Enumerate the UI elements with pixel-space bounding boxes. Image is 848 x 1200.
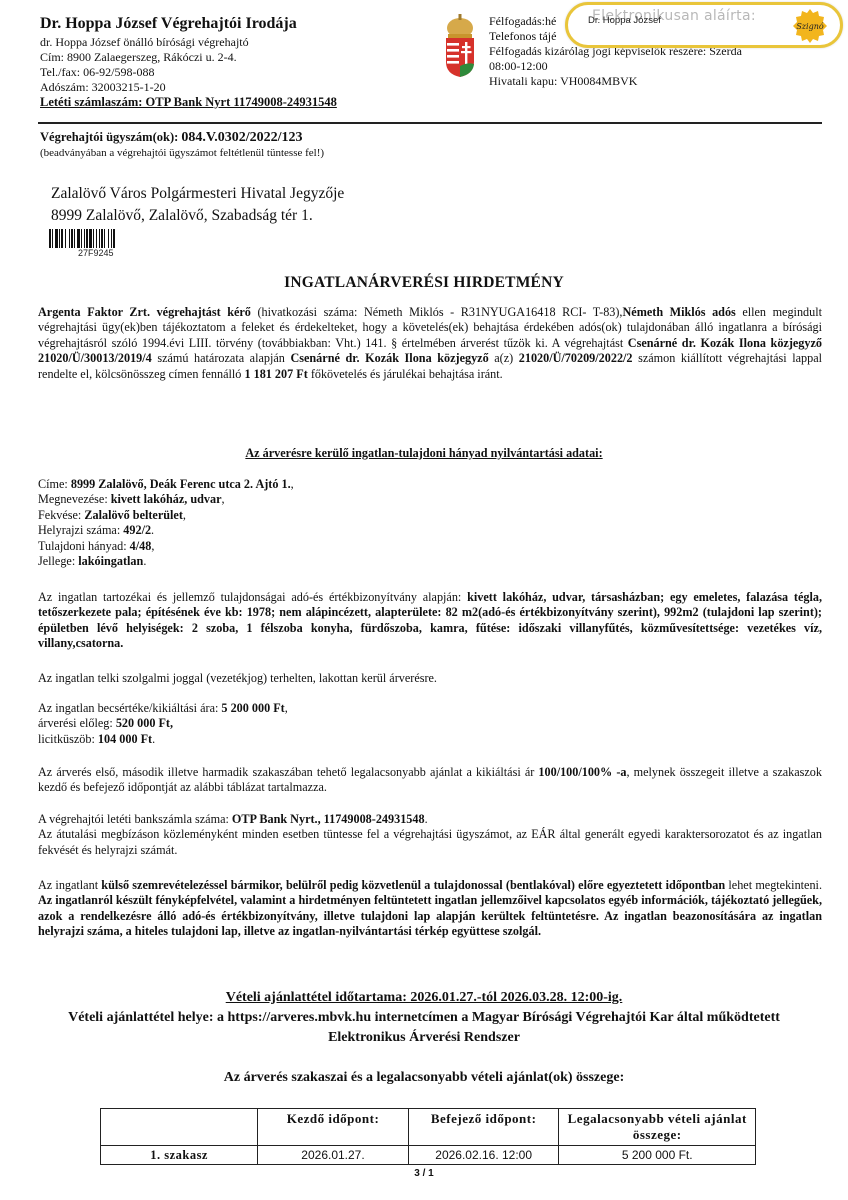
price-details: Az ingatlan becsértéke/kikiáltási ára: 5…	[38, 701, 822, 747]
document-title: INGATLANÁRVERÉSI HIRDETMÉNY	[0, 274, 848, 292]
header-divider	[38, 122, 822, 124]
stages-title: Az árverés szakaszai és a legalacsonyabb…	[0, 1070, 848, 1086]
page-indicator: 3 / 1	[0, 1168, 848, 1179]
property-field: Helyrajzi száma: 492/2.	[38, 523, 294, 538]
property-field: Tulajdoni hányad: 4/48,	[38, 539, 294, 554]
recipient-name: Zalalövő Város Polgármesteri Hivatal Jeg…	[51, 183, 344, 205]
table-header: Befejező időpont:	[408, 1109, 559, 1146]
viewing-paragraph: Az ingatlant külső szemrevételezéssel bá…	[38, 878, 822, 940]
enforcement-doc-number: 21020/Ü/70209/2022/2	[519, 351, 633, 365]
price-field: licitküszöb: 104 000 Ft.	[38, 732, 822, 747]
property-section-title: Az árverésre kerülő ingatlan-tulajdoni h…	[0, 446, 848, 461]
barcode-id: 27F9245	[78, 248, 114, 258]
price-field: árverési előleg: 520 000 Ft,	[38, 716, 822, 731]
claim-amount: 1 181 207 Ft	[244, 367, 307, 381]
case-number-note: (beadványában a végrehajtói ügyszámot fe…	[40, 147, 324, 159]
signature-seal-icon: Szignó	[792, 8, 828, 44]
electronic-signature-badge[interactable]: Elektronikusan aláírta: Dr. Hoppa József…	[565, 2, 843, 48]
signer-name: Dr. Hoppa József	[588, 15, 661, 26]
office-name: Dr. Hoppa József Végrehajtói Irodája	[40, 14, 440, 34]
coat-of-arms-icon	[442, 14, 478, 78]
case-number: 084.V.0302/2022/123	[181, 130, 302, 145]
stage-end: 2026.02.16. 12:00	[408, 1146, 559, 1165]
recipient-address: 8999 Zalalövő, Zalalövő, Szabadság tér 1…	[51, 205, 344, 227]
table-header	[101, 1109, 258, 1146]
stage-name: 1. szakasz	[101, 1146, 258, 1165]
office-hours-line: 08:00-12:00	[489, 59, 848, 74]
office-line: dr. Hoppa József önálló bírósági végreha…	[40, 35, 440, 50]
property-field: Jellege: lakóingatlan.	[38, 554, 294, 569]
stage-start: 2026.01.27.	[258, 1146, 409, 1165]
case-number-label: Végrehajtói ügyszám(ok):	[40, 130, 181, 144]
features-paragraph: Az ingatlan tartozékai és jellemző tulaj…	[38, 590, 822, 652]
svg-text:Szignó: Szignó	[796, 22, 824, 31]
minimum-bid-paragraph: Az árverés első, második illetve harmadi…	[38, 765, 822, 796]
property-field: Fekvése: Zalalövő belterület,	[38, 508, 294, 523]
bidding-place: Vételi ajánlattétel helye: a https://arv…	[40, 1008, 808, 1048]
bidding-period: Vételi ajánlattétel időtartama: 2026.01.…	[40, 988, 808, 1008]
recipient-block: Zalalövő Város Polgármesteri Hivatal Jeg…	[51, 183, 344, 227]
auction-stages-table: Kezdő időpont: Befejező időpont: Legalac…	[100, 1108, 756, 1165]
price-field: Az ingatlan becsértéke/kikiáltási ára: 5…	[38, 701, 822, 716]
encumbrance-paragraph: Az ingatlan telki szolgalmi joggal (veze…	[38, 671, 822, 686]
property-field: Címe: 8999 Zalalövő, Deák Ferenc utca 2.…	[38, 477, 294, 492]
minimum-bid-percent: 100/100/100% -a	[538, 765, 626, 779]
case-number-row: Végrehajtói ügyszám(ok): 084.V.0302/2022…	[40, 130, 303, 146]
barcode-icon	[49, 229, 149, 248]
table-row: 1. szakasz 2026.01.27. 2026.02.16. 12:00…	[101, 1146, 756, 1165]
property-field: Megnevezése: kivett lakóház, udvar,	[38, 492, 294, 507]
office-line: Cím: 8900 Zalaegerszeg, Rákóczi u. 2-4.	[40, 50, 440, 65]
escrow-account: Letéti számlaszám: OTP Bank Nyrt 1174900…	[40, 95, 440, 110]
table-header: Kezdő időpont:	[258, 1109, 409, 1146]
bank-paragraph: A végrehajtói letéti bankszámla száma: O…	[38, 812, 822, 858]
table-header: Legalacsonyabb vételi ajánlat összege:	[559, 1109, 756, 1146]
bidding-info: Vételi ajánlattétel időtartama: 2026.01.…	[40, 988, 808, 1048]
office-line: Tel./fax: 06-92/598-088	[40, 65, 440, 80]
office-line: Adószám: 32003215-1-20	[40, 80, 440, 95]
intro-paragraph: Argenta Faktor Zrt. végrehajtást kérő (h…	[38, 305, 822, 382]
creditor: Argenta Faktor Zrt. végrehajtást kérő	[38, 305, 251, 319]
stage-minimum-bid: 5 200 000 Ft.	[559, 1146, 756, 1165]
office-header: Dr. Hoppa József Végrehajtói Irodája dr.…	[40, 14, 440, 110]
property-details: Címe: 8999 Zalalövő, Deák Ferenc utca 2.…	[38, 477, 294, 569]
debtor: Németh Miklós adós	[622, 305, 735, 319]
bank-account: OTP Bank Nyrt., 11749008-24931548	[232, 812, 425, 826]
gateway-id: Hivatali kapu: VH0084MBVK	[489, 74, 848, 89]
